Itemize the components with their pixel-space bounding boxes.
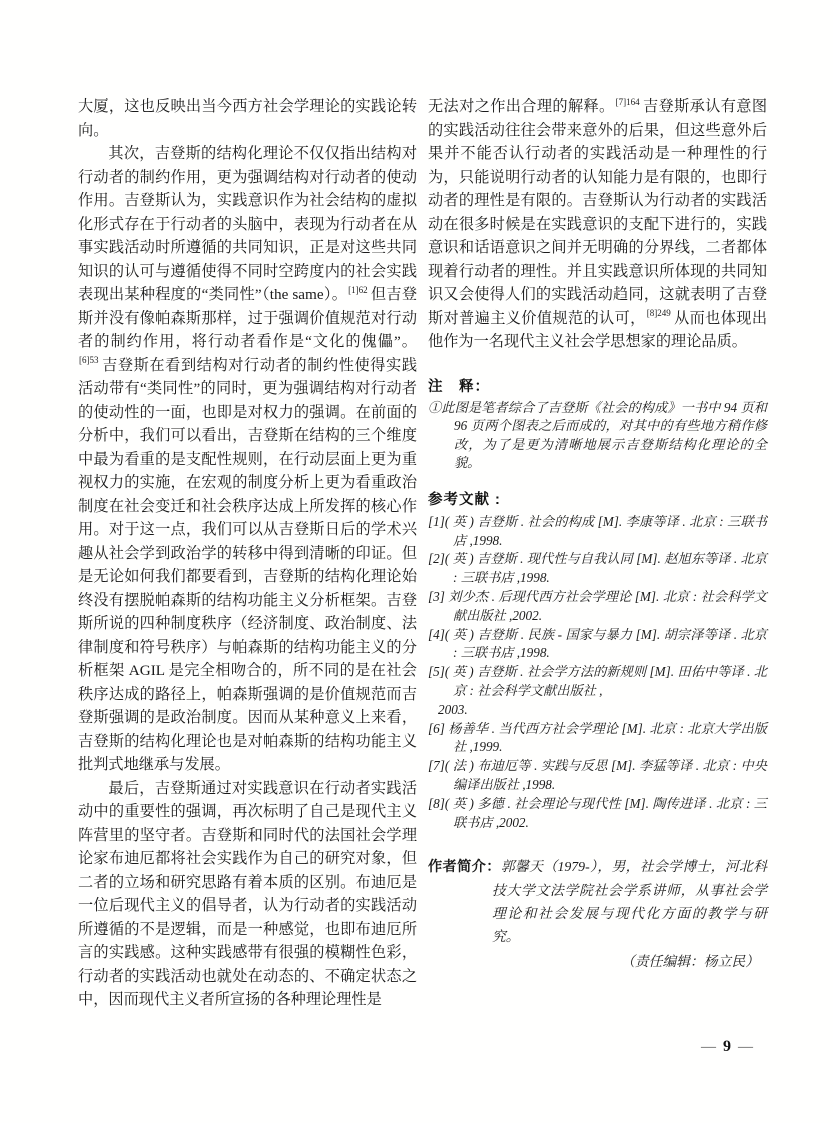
citation-marker: [8]249 <box>647 308 671 318</box>
citation-marker: [6]53 <box>79 355 99 365</box>
reference-item: [6] 杨善华 . 当代西方社会学理论 [M]. 北京 : 北京大学出版社 ,1… <box>428 720 767 758</box>
journal-page: 大厦，这也反映出当今西方社会学理论的实践论转向。 其次，吉登斯的结构化理论不仅仅… <box>0 0 833 1123</box>
note-item: ①此图是笔者综合了吉登斯《社会的构成》一书中 94 页和 96 页两个图表之后而… <box>428 399 767 473</box>
reference-text: [1]( 英 ) 吉登斯 . 社会的构成 [M]. 李康等译 . 北京 : 三联… <box>428 513 767 551</box>
reference-list: [1]( 英 ) 吉登斯 . 社会的构成 [M]. 李康等译 . 北京 : 三联… <box>428 513 767 833</box>
text-segment: 其次，吉登斯的结构化理论不仅仅指出结构对行动者的制约作用，更为强调结构对行动者的… <box>78 145 417 303</box>
notes-section: 注 释： ①此图是笔者综合了吉登斯《社会的构成》一书中 94 页和 96 页两个… <box>428 378 767 473</box>
reference-item: [8]( 英 ) 多德 . 社会理论与现代性 [M]. 陶传进译 . 北京 : … <box>428 795 767 833</box>
notes-heading: 注 释： <box>428 378 767 397</box>
text-segment: 无法对之作出合理的解释。 <box>428 98 615 115</box>
reference-text: [7]( 法 ) 布迪厄等 . 实践与反思 [M]. 李猛等译 . 北京 : 中… <box>428 757 767 795</box>
right-column: 无法对之作出合理的解释。[7]164吉登斯承认有意图的实践活动往往会带来意外的后… <box>428 95 767 973</box>
reference-item: [7]( 法 ) 布迪厄等 . 实践与反思 [M]. 李猛等译 . 北京 : 中… <box>428 757 767 795</box>
author-bio-text: 郭馨天（1979-），男，社会学博士，河北科技大学文法学院社会学系讲师，从事社会… <box>492 859 767 944</box>
reference-text: [2]( 英 ) 吉登斯 . 现代性与自我认同 [M]. 赵旭东等译 . 北京 … <box>428 550 767 588</box>
text-segment: 吉登斯在看到结构对行动者的制约性使得实践活动带有“类同性”的同时，更为强调结构对… <box>78 357 417 774</box>
text-segment: 吉登斯承认有意图的实践活动往往会带来意外的后果，但这些意外后果并不能否认行动者的… <box>428 98 767 327</box>
author-section: 作者简介：郭馨天（1979-），男，社会学博士，河北科技大学文法学院社会学系讲师… <box>428 855 767 973</box>
author-label: 作者简介： <box>428 859 501 875</box>
reference-item: [1]( 英 ) 吉登斯 . 社会的构成 [M]. 李康等译 . 北京 : 三联… <box>428 513 767 551</box>
page-number: 9 <box>723 1038 731 1055</box>
left-column: 大厦，这也反映出当今西方社会学理论的实践论转向。 其次，吉登斯的结构化理论不仅仅… <box>78 95 417 1012</box>
editor-credit: （责任编辑：杨立民） <box>428 951 767 973</box>
reference-item: [3] 刘少杰 . 后现代西方社会学理论 [M]. 北京 : 社会科学文献出版社… <box>428 588 767 626</box>
footer-dash-left: — <box>701 1039 716 1055</box>
reference-text: [3] 刘少杰 . 后现代西方社会学理论 [M]. 北京 : 社会科学文献出版社… <box>428 588 767 626</box>
references-heading: 参考文献 : <box>428 491 767 510</box>
author-bio: 作者简介：郭馨天（1979-），男，社会学博士，河北科技大学文法学院社会学系讲师… <box>428 855 767 948</box>
reference-item: [4]( 英 ) 吉登斯 . 民族 - 国家与暴力 [M]. 胡宗泽等译 . 北… <box>428 626 767 664</box>
text-segment: 最后，吉登斯通过对实践意识在行动者实践活动中的重要性的强调，再次标明了自己是现代… <box>78 780 417 1009</box>
body-paragraph: 最后，吉登斯通过对实践意识在行动者实践活动中的重要性的强调，再次标明了自己是现代… <box>78 777 417 1012</box>
reference-tail: 2003. <box>438 701 767 720</box>
body-paragraph-continuation: 大厦，这也反映出当今西方社会学理论的实践论转向。 <box>78 95 417 142</box>
reference-text: [8]( 英 ) 多德 . 社会理论与现代性 [M]. 陶传进译 . 北京 : … <box>428 795 767 833</box>
page-footer: —9— <box>701 1038 753 1056</box>
citation-marker: [7]164 <box>616 97 640 107</box>
citation-marker: [1]62 <box>348 285 368 295</box>
footer-dash-right: — <box>738 1039 753 1055</box>
references-section: 参考文献 : [1]( 英 ) 吉登斯 . 社会的构成 [M]. 李康等译 . … <box>428 491 767 833</box>
reference-text: [6] 杨善华 . 当代西方社会学理论 [M]. 北京 : 北京大学出版社 ,1… <box>428 720 767 758</box>
text-segment: 大厦，这也反映出当今西方社会学理论的实践论转向。 <box>78 98 417 139</box>
reference-text: [4]( 英 ) 吉登斯 . 民族 - 国家与暴力 [M]. 胡宗泽等译 . 北… <box>428 626 767 664</box>
reference-item: [2]( 英 ) 吉登斯 . 现代性与自我认同 [M]. 赵旭东等译 . 北京 … <box>428 550 767 588</box>
reference-item: [5]( 英 ) 吉登斯 . 社会学方法的新规则 [M]. 田佑中等译 . 北京… <box>428 663 767 719</box>
body-paragraph: 其次，吉登斯的结构化理论不仅仅指出结构对行动者的制约作用，更为强调结构对行动者的… <box>78 142 417 777</box>
body-paragraph-continuation: 无法对之作出合理的解释。[7]164吉登斯承认有意图的实践活动往往会带来意外的后… <box>428 95 767 354</box>
reference-text: [5]( 英 ) 吉登斯 . 社会学方法的新规则 [M]. 田佑中等译 . 北京… <box>428 663 767 701</box>
